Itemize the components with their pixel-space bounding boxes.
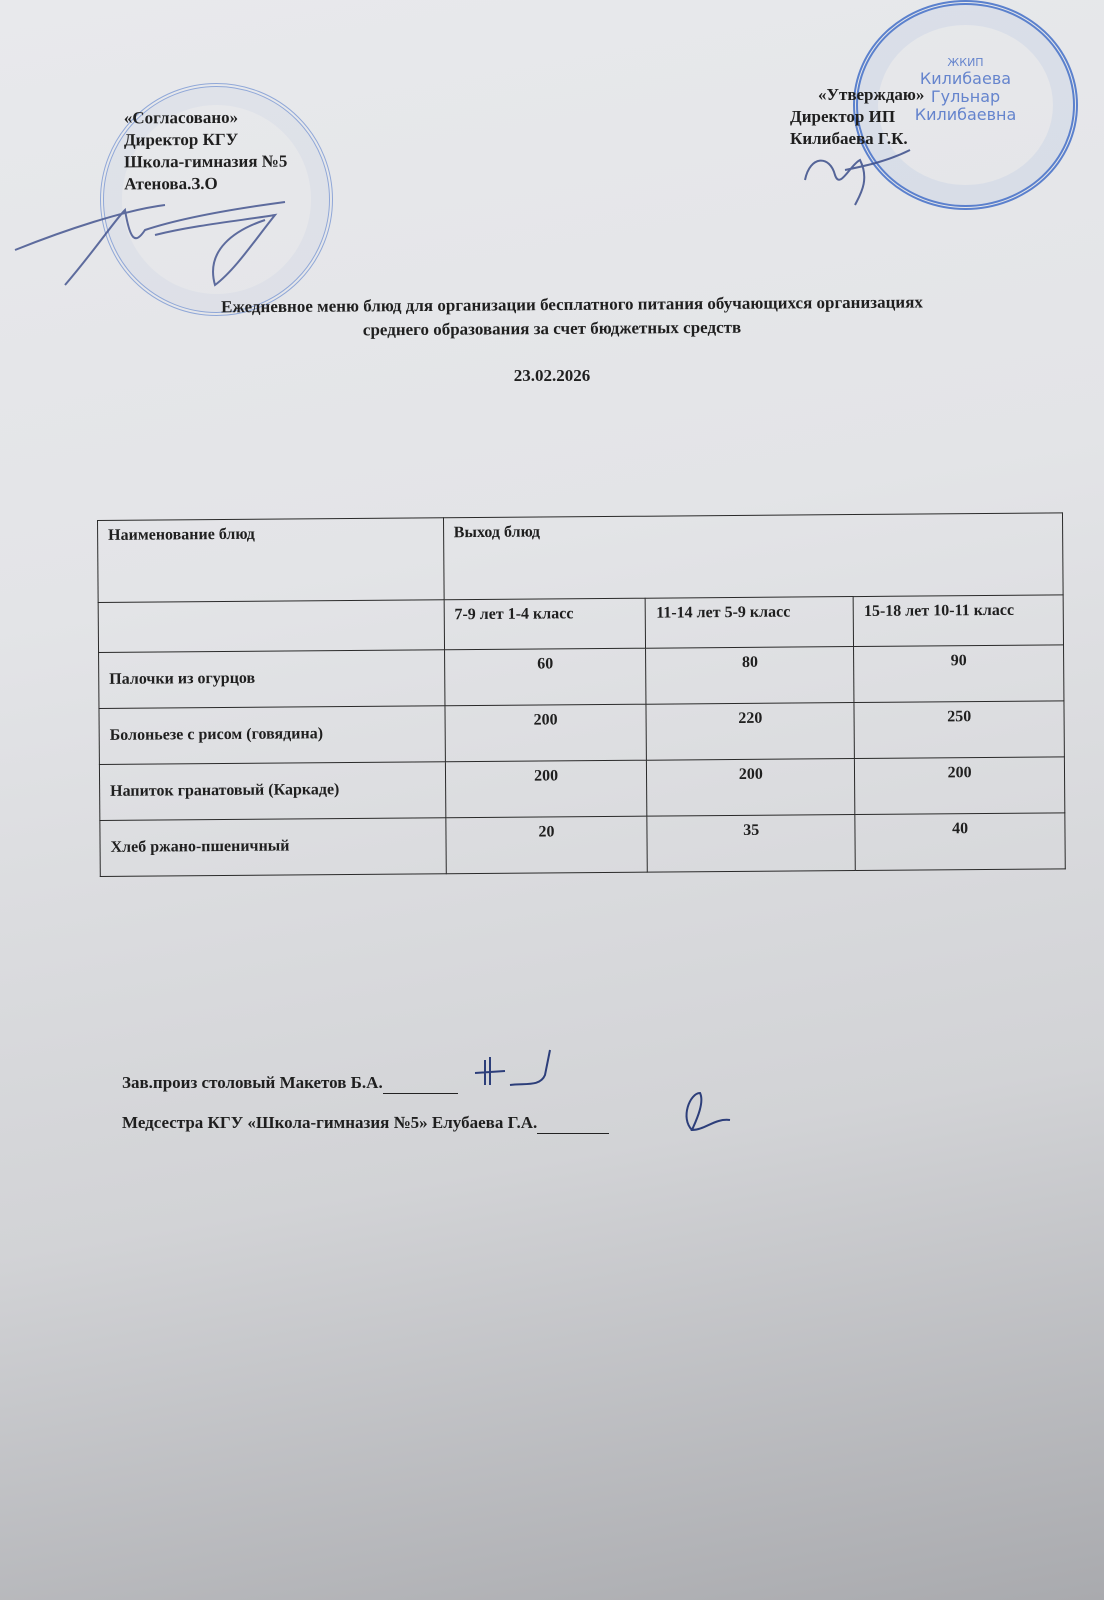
table-row: Напиток гранатовый (Каркаде) 200 200 200 xyxy=(99,757,1064,821)
signature-underline xyxy=(383,1075,458,1094)
table-row: Палочки из огурцов 60 80 90 xyxy=(99,645,1064,709)
table-subheader-row: 7-9 лет 1-4 класс 11-14 лет 5-9 класс 15… xyxy=(98,595,1063,653)
approval-left-block: «Согласовано» Директор КГУ Школа-гимнази… xyxy=(124,107,288,196)
dish-name: Палочки из огурцов xyxy=(99,650,445,709)
dish-name: Болоньезе с рисом (говядина) xyxy=(99,706,445,765)
signature-line-canteen: Зав.произ столовый Макетов Б.А. xyxy=(122,1072,458,1094)
portion-value: 200 xyxy=(855,757,1065,815)
portion-value: 60 xyxy=(444,648,646,706)
signature-underline xyxy=(537,1115,609,1134)
column-age-7-9: 7-9 лет 1-4 класс xyxy=(444,598,646,650)
portion-value: 200 xyxy=(647,759,855,817)
header-output: Выход блюд xyxy=(443,513,1063,600)
portion-value: 40 xyxy=(855,813,1065,871)
director-signature xyxy=(5,190,305,300)
header-dish-name: Наименование блюд xyxy=(98,518,444,603)
portion-value: 35 xyxy=(647,815,855,873)
nurse-signature xyxy=(670,1088,740,1138)
document-date: 23.02.2026 xyxy=(0,364,1104,388)
portion-value: 200 xyxy=(445,760,647,818)
canteen-manager-label: Зав.произ столовый Макетов Б.А. xyxy=(122,1073,383,1092)
portion-value: 250 xyxy=(854,701,1064,759)
signature-line-nurse: Медсестра КГУ «Школа-гимназия №5» Елубае… xyxy=(122,1112,609,1134)
approval-left-position: Директор КГУ xyxy=(124,129,287,152)
table-row: Болоньезе с рисом (говядина) 200 220 250 xyxy=(99,701,1064,765)
subheader-empty xyxy=(98,600,444,653)
dish-name: Напиток гранатовый (Каркаде) xyxy=(99,762,445,821)
approval-left-organization: Школа-гимназия №5 xyxy=(124,151,287,174)
ip-director-signature xyxy=(800,135,920,215)
approval-left-label: «Согласовано» xyxy=(124,107,287,130)
menu-table: Наименование блюд Выход блюд 7-9 лет 1-4… xyxy=(97,512,1066,877)
portion-value: 200 xyxy=(445,704,647,762)
canteen-manager-signature xyxy=(455,1045,595,1095)
portion-value: 80 xyxy=(646,647,854,705)
portion-value: 220 xyxy=(646,703,854,761)
approval-right-position: Директор ИП xyxy=(790,106,924,128)
table-row: Хлеб ржано-пшеничный 20 35 40 xyxy=(100,813,1065,877)
table-header-row: Наименование блюд Выход блюд xyxy=(98,513,1064,603)
nurse-label: Медсестра КГУ «Школа-гимназия №5» Елубае… xyxy=(122,1113,537,1132)
dish-name: Хлеб ржано-пшеничный xyxy=(100,818,446,877)
approval-right-label: «Утверждаю» xyxy=(790,84,924,106)
column-age-11-14: 11-14 лет 5-9 класс xyxy=(646,597,854,649)
column-age-15-18: 15-18 лет 10-11 класс xyxy=(853,595,1063,647)
portion-value: 90 xyxy=(854,645,1064,703)
portion-value: 20 xyxy=(446,816,648,874)
